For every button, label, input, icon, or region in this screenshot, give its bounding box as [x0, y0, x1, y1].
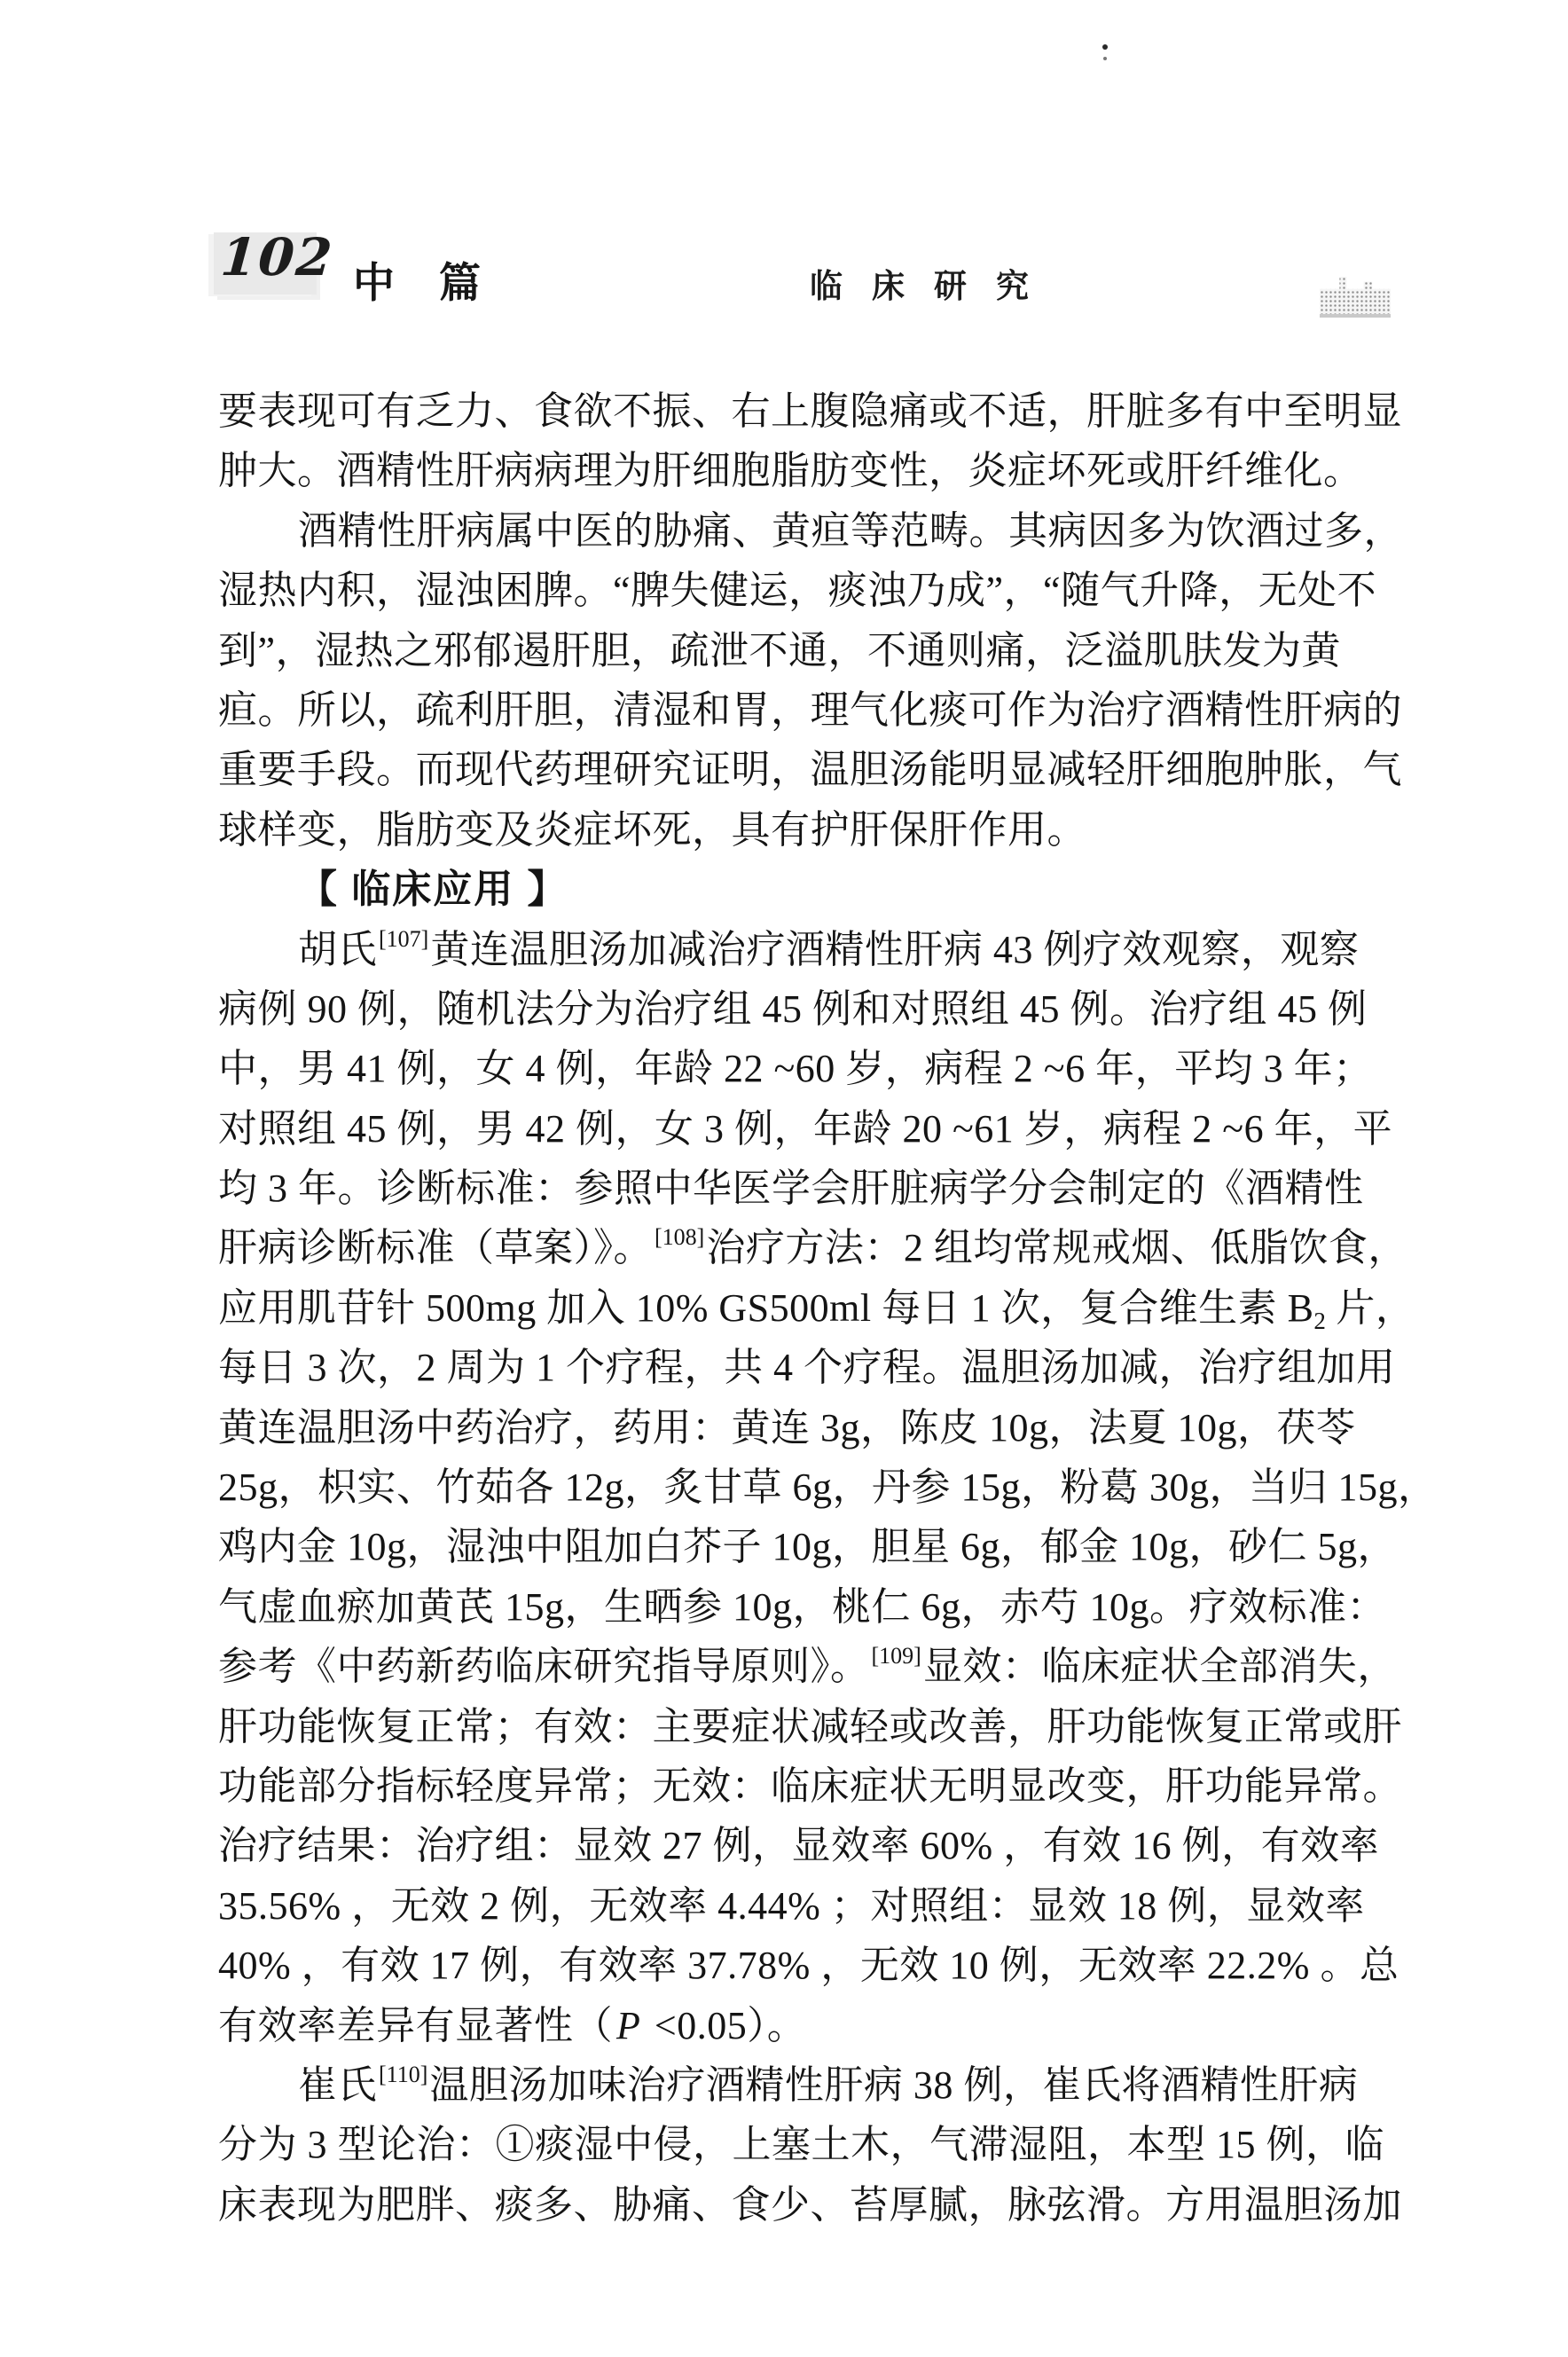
text-line: 重要手段。而现代药理研究证明，温胆汤能明显减轻肝细胞肿胀，气: [218, 740, 1403, 799]
text-line: 要表现可有乏力、食欲不振、右上腹隐痛或不适，肝脏多有中至明显: [218, 381, 1403, 441]
page-number-shading: 102: [214, 232, 317, 295]
text-segment: 肝功能恢复正常；有效：主要症状减轻或改善，肝功能恢复正常或肝: [218, 1705, 1402, 1748]
text-segment: 酒精性肝病属中医的胁痛、黄疸等范畴。其病因多为饮酒过多，: [298, 509, 1403, 553]
text-segment: 25g，枳实、竹茹各 12g，炙甘草 6g，丹参 15g，粉葛 30g，当归 1…: [218, 1465, 1438, 1509]
citation-superscript: [110]: [377, 2062, 429, 2087]
text-line: 35.56% ，无效 2 例，无效率 4.44% ；对照组：显效 18 例，显效…: [218, 1876, 1403, 1936]
text-line: 黄连温胆汤中药治疗，药用：黄连 3g，陈皮 10g，法夏 10g，茯苓: [218, 1398, 1403, 1457]
text-line: 胡氏[107]黄连温胆汤加减治疗酒精性肝病 43 例疗效观察，观察: [218, 920, 1403, 979]
text-segment: 肿大。酒精性肝病病理为肝细胞脂肪变性，炎症坏死或肝纤维化。: [218, 449, 1363, 492]
text-segment: 均 3 年。诊断标准：参照中华医学会肝脏病学分会制定的《酒精性: [218, 1167, 1364, 1210]
citation-superscript: [109]: [870, 1643, 923, 1669]
running-title: 临床研究: [810, 267, 1058, 306]
text-segment: 湿热内积，湿浊困脾。“脾失健运，痰浊乃成”，“随气升降，无处不: [218, 569, 1376, 612]
text-segment: 40% ，有效 17 例，有效率 37.78% ，无效 10 例，无效率 22.…: [218, 1944, 1399, 1987]
text-line: 病例 90 例，随机法分为治疗组 45 例和对照组 45 例。治疗组 45 例: [218, 979, 1403, 1039]
text-line: 治疗结果：治疗组：显效 27 例，显效率 60% ，有效 16 例，有效率: [218, 1816, 1403, 1875]
text-segment: 球样变，脂肪变及炎症坏死，具有护肝保肝作用。: [218, 808, 1086, 852]
text-segment: 病例 90 例，随机法分为治疗组 45 例和对照组 45 例。治疗组 45 例: [218, 987, 1368, 1031]
text-segment: 气虚血瘀加黄芪 15g，生晒参 10g，桃仁 6g，赤芍 10g。疗效标准：: [218, 1585, 1386, 1629]
text-line: 分为 3 型论治：①痰湿中侵，上塞土木，气滞湿阻，本型 15 例，临: [218, 2115, 1403, 2174]
text-segment: 有效率差异有显著性（: [218, 2004, 613, 2047]
text-line: 功能部分指标轻度异常；无效：临床症状无明显改变，肝功能异常。: [218, 1756, 1403, 1816]
body-text: 要表现可有乏力、食欲不振、右上腹隐痛或不适，肝脏多有中至明显肿大。酒精性肝病病理…: [218, 381, 1403, 2235]
scan-smudge-artifact: [1320, 277, 1391, 318]
text-line: 鸡内金 10g，湿浊中阻加白芥子 10g，胆星 6g，郁金 10g，砂仁 5g，: [218, 1517, 1403, 1576]
text-line: 肿大。酒精性肝病病理为肝细胞脂肪变性，炎症坏死或肝纤维化。: [218, 441, 1403, 500]
text-line: 湿热内积，湿浊困脾。“脾失健运，痰浊乃成”，“随气升降，无处不: [218, 561, 1403, 620]
text-segment: 肝病诊断标准（草案）》。: [218, 1226, 653, 1269]
text-line: 疸。所以，疏利肝胆，清湿和胃，理气化痰可作为治疗酒精性肝病的: [218, 680, 1403, 740]
text-segment: 黄连温胆汤中药治疗，药用：黄连 3g，陈皮 10g，法夏 10g，茯苓: [218, 1406, 1356, 1450]
text-segment: 每日 3 次，2 周为 1 个疗程，共 4 个疗程。温胆汤加减，治疗组加用: [218, 1346, 1396, 1389]
text-line: 气虚血瘀加黄芪 15g，生晒参 10g，桃仁 6g，赤芍 10g。疗效标准：: [218, 1577, 1403, 1637]
text-line: 均 3 年。诊断标准：参照中华医学会肝脏病学分会制定的《酒精性: [218, 1159, 1403, 1218]
text-segment: 分为 3 型论治：①痰湿中侵，上塞土木，气滞湿阻，本型 15 例，临: [218, 2123, 1384, 2166]
text-segment: 显效：临床症状全部消失，: [923, 1645, 1397, 1688]
text-segment: 中，男 41 例，女 4 例，年龄 22 ~60 岁，病程 2 ~6 年，平均 …: [218, 1047, 1373, 1090]
text-segment: <0.05）。: [644, 2004, 806, 2047]
text-segment: 床表现为肥胖、痰多、胁痛、食少、苔厚腻，脉弦滑。方用温胆汤加: [218, 2183, 1402, 2227]
text-line: 肝病诊断标准（草案）》。[108]治疗方法：2 组均常规戒烟、低脂饮食，: [218, 1218, 1403, 1277]
text-line: 有效率差异有显著性（P <0.05）。: [218, 1996, 1403, 2055]
text-line: 崔氏[110]温胆汤加味治疗酒精性肝病 38 例，崔氏将酒精性肝病: [218, 2055, 1403, 2115]
text-line: 对照组 45 例，男 42 例，女 3 例，年龄 20 ~61 岁，病程 2 ~…: [218, 1099, 1403, 1159]
text-segment: 【 临床应用 】: [298, 868, 568, 911]
text-segment: 胡氏: [298, 928, 377, 971]
text-line: 酒精性肝病属中医的胁痛、黄疸等范畴。其病因多为饮酒过多，: [218, 501, 1403, 561]
text-segment: P: [613, 2004, 644, 2047]
citation-superscript: [108]: [653, 1224, 706, 1250]
book-page: 102 中篇 临床研究 要表现可有乏力、食欲不振、右上腹隐痛或不适，肝脏多有中至…: [0, 0, 1568, 2357]
text-segment: 治疗结果：治疗组：显效 27 例，显效率 60% ，有效 16 例，有效率: [218, 1824, 1379, 1867]
page-number: 102: [219, 227, 336, 287]
text-line: 肝功能恢复正常；有效：主要症状减轻或改善，肝功能恢复正常或肝: [218, 1697, 1403, 1756]
text-segment: 黄连温胆汤加减治疗酒精性肝病 43 例疗效观察，观察: [430, 928, 1359, 971]
text-segment: 35.56% ，无效 2 例，无效率 4.44% ；对照组：显效 18 例，显效…: [218, 1884, 1365, 1928]
text-segment: 对照组 45 例，男 42 例，女 3 例，年龄 20 ~61 岁，病程 2 ~…: [218, 1107, 1392, 1151]
text-segment: 功能部分指标轻度异常；无效：临床症状无明显改变，肝功能异常。: [218, 1764, 1402, 1808]
text-line: 中，男 41 例，女 4 例，年龄 22 ~60 岁，病程 2 ~6 年，平均 …: [218, 1039, 1403, 1098]
text-segment: 疸。所以，疏利肝胆，清湿和胃，理气化痰可作为治疗酒精性肝病的: [218, 688, 1402, 732]
ink-dot-artifact: [1102, 44, 1108, 50]
text-line: 床表现为肥胖、痰多、胁痛、食少、苔厚腻，脉弦滑。方用温胆汤加: [218, 2175, 1403, 2235]
text-segment: 参考《中药新药临床研究指导原则》。: [218, 1645, 870, 1688]
text-segment: 温胆汤加味治疗酒精性肝病 38 例，崔氏将酒精性肝病: [429, 2063, 1358, 2107]
text-line: 40% ，有效 17 例，有效率 37.78% ，无效 10 例，无效率 22.…: [218, 1936, 1403, 1995]
text-segment: 2: [1313, 1308, 1326, 1334]
text-segment: 应用肌苷针 500mg 加入 10% GS500ml 每日 1 次，复合维生素 …: [218, 1286, 1313, 1330]
text-line: 每日 3 次，2 周为 1 个疗程，共 4 个疗程。温胆汤加减，治疗组加用: [218, 1338, 1403, 1397]
text-segment: 要表现可有乏力、食欲不振、右上腹隐痛或不适，肝脏多有中至明显: [218, 389, 1402, 433]
text-line: 球样变，脂肪变及炎症坏死，具有护肝保肝作用。: [218, 800, 1403, 860]
text-segment: 崔氏: [298, 2063, 377, 2107]
text-line: 25g，枳实、竹茹各 12g，炙甘草 6g，丹参 15g，粉葛 30g，当归 1…: [218, 1457, 1403, 1517]
section-heading: 【 临床应用 】: [218, 860, 1403, 919]
text-segment: 治疗方法：2 组均常规戒烟、低脂饮食，: [706, 1226, 1407, 1269]
text-line: 参考《中药新药临床研究指导原则》。[109]显效：临床症状全部消失，: [218, 1637, 1403, 1696]
text-segment: 重要手段。而现代药理研究证明，温胆汤能明显减轻肝细胞肿胀，气: [218, 748, 1402, 791]
text-segment: 片，: [1326, 1286, 1415, 1330]
section-label: 中篇: [353, 259, 525, 307]
text-line: 应用肌苷针 500mg 加入 10% GS500ml 每日 1 次，复合维生素 …: [218, 1278, 1403, 1338]
text-segment: 鸡内金 10g，湿浊中阻加白芥子 10g，胆星 6g，郁金 10g，砂仁 5g，: [218, 1525, 1397, 1568]
text-line: 到”，湿热之邪郁遏肝胆，疏泄不通，不通则痛，泛溢肌肤发为黄: [218, 621, 1403, 680]
text-segment: 到”，湿热之邪郁遏肝胆，疏泄不通，不通则痛，泛溢肌肤发为黄: [218, 629, 1341, 672]
citation-superscript: [107]: [377, 926, 430, 952]
